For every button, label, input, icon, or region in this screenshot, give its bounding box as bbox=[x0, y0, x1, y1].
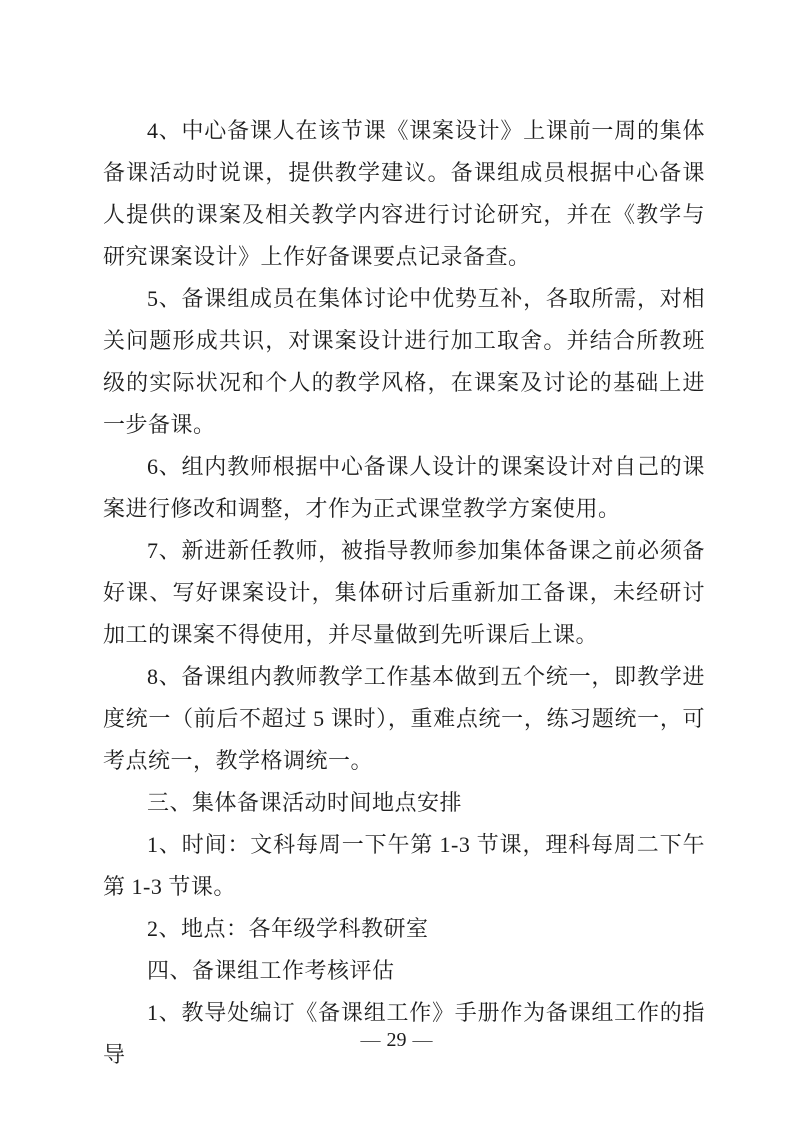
paragraph-item-4: 4、中心备课人在该节课《课案设计》上课前一周的集体备课活动时说课，提供教学建议。… bbox=[103, 110, 705, 278]
page-footer: —29— bbox=[0, 1026, 793, 1054]
paragraph-item-7: 7、新进新任教师，被指导教师参加集体备课之前必须备好课、写好课案设计，集体研讨后… bbox=[103, 530, 705, 656]
page-number: 29 bbox=[387, 1029, 407, 1051]
list-item-place: 2、地点：各年级学科教研室 bbox=[103, 908, 705, 950]
footer-right-dash: — bbox=[407, 1029, 439, 1051]
list-item-time: 1、时间：文科每周一下午第 1-3 节课，理科每周二下午第 1-3 节课。 bbox=[103, 824, 705, 908]
footer-left-dash: — bbox=[355, 1029, 387, 1051]
section-heading-3: 三、集体备课活动时间地点安排 bbox=[103, 782, 705, 824]
document-body: 4、中心备课人在该节课《课案设计》上课前一周的集体备课活动时说课，提供教学建议。… bbox=[103, 110, 705, 1076]
document-page: 4、中心备课人在该节课《课案设计》上课前一周的集体备课活动时说课，提供教学建议。… bbox=[0, 0, 793, 1122]
section-heading-4: 四、备课组工作考核评估 bbox=[103, 950, 705, 992]
paragraph-item-6: 6、组内教师根据中心备课人设计的课案设计对自己的课案进行修改和调整，才作为正式课… bbox=[103, 446, 705, 530]
paragraph-item-8: 8、备课组内教师教学工作基本做到五个统一，即教学进度统一（前后不超过 5 课时）… bbox=[103, 656, 705, 782]
paragraph-item-5: 5、备课组成员在集体讨论中优势互补，各取所需，对相关问题形成共识，对课案设计进行… bbox=[103, 278, 705, 446]
